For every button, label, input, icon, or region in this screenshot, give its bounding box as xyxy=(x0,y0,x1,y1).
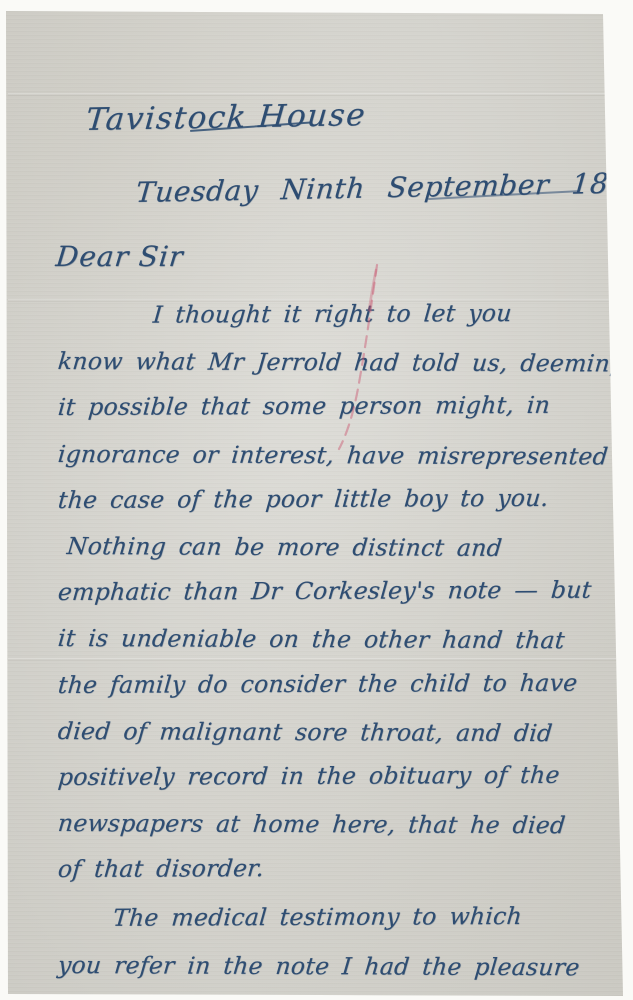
body-line: it possible that some person might, in xyxy=(56,382,605,431)
body-line: died of malignant sore throat, and did xyxy=(56,708,605,757)
body-line: positively record in the obituary of the xyxy=(56,751,605,800)
body-line: newspapers at home here, that he died xyxy=(56,800,605,849)
paragraph-2: The medical testimony to which you refer… xyxy=(58,895,603,987)
body-line: I thought it right to let you xyxy=(56,290,605,339)
body-line: know what Mr Jerrold had told us, deemin… xyxy=(56,338,605,387)
body-line: it is undeniable on the other hand that xyxy=(56,615,605,664)
letter-photograph: Tavistock House Tuesday Ninth September … xyxy=(0,0,633,1000)
date-line: Tuesday Ninth September 1856. xyxy=(135,166,633,209)
body-line: Nothing can be more distinct and xyxy=(56,523,605,572)
body-line: the case of the poor little boy to you. xyxy=(56,474,605,523)
fold-crease xyxy=(8,93,619,96)
body-line: The medical testimony to which xyxy=(56,893,605,942)
body-line: ignorance or interest, have misrepresent… xyxy=(56,431,605,480)
letter-body: I thought it right to let you know what … xyxy=(58,292,603,988)
body-line: emphatic than Dr Corkesley's note — but xyxy=(56,567,605,616)
body-line: you refer in the note I had the pleasure xyxy=(56,942,605,991)
body-line: the family do consider the child to have xyxy=(56,659,605,708)
salutation-line: Dear Sir xyxy=(54,240,185,273)
paragraph-1: I thought it right to let you know what … xyxy=(58,292,603,892)
body-line: of that disorder. xyxy=(56,844,605,893)
address-line: Tavistock House xyxy=(84,97,367,138)
letter-paper: Tavistock House Tuesday Ninth September … xyxy=(0,0,633,1000)
